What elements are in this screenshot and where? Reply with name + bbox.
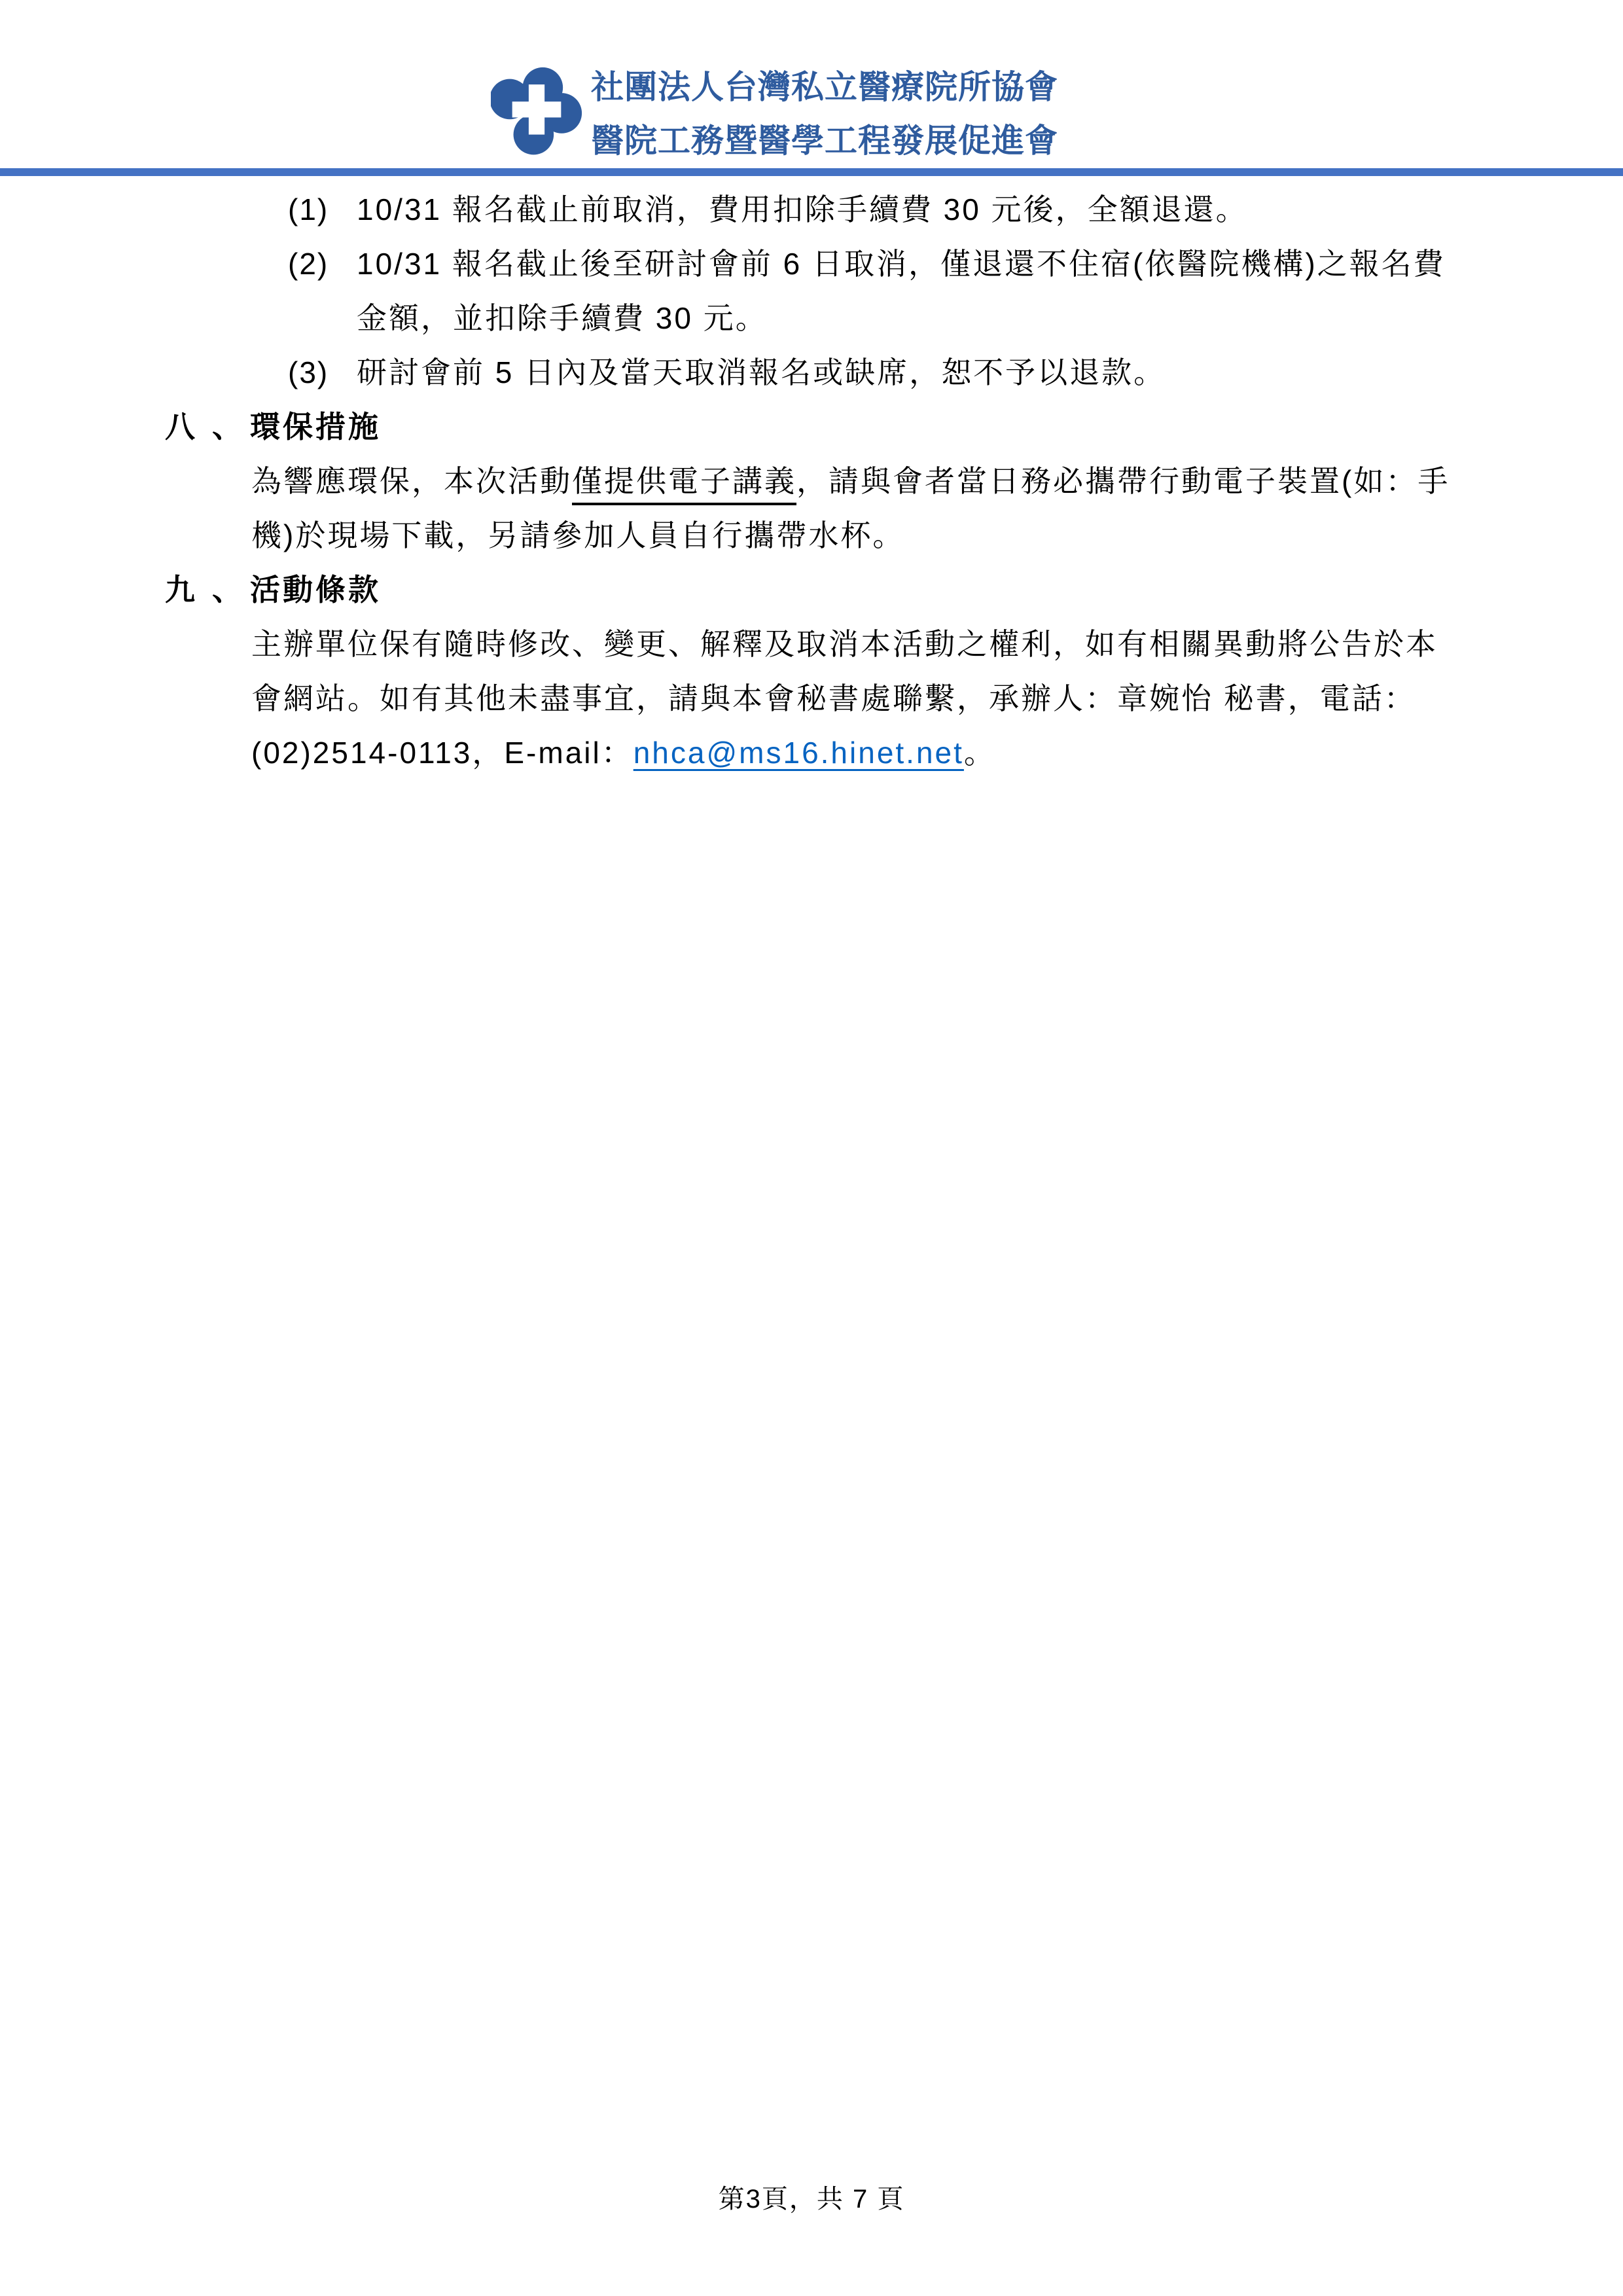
text-segment: (02)2514-0113，E-mail： bbox=[251, 736, 633, 770]
paragraph-line: (02)2514-0113，E-mail：nhca@ms16.hinet.net… bbox=[0, 734, 1623, 774]
list-item: (3) 研討會前 5 日內及當天取消報名或缺席，恕不予以退款。 bbox=[0, 354, 1623, 393]
org-name-line2: 醫院工務暨醫學工程發展促進會 bbox=[591, 114, 1058, 168]
paragraph-text: 主辦單位保有隨時修改、變更、解釋及取消本活動之權利，如有相關異動將公告於本 bbox=[251, 626, 1438, 662]
paragraph-text: 會網站。如有其他未盡事宜，請與本會秘書處聯繫，承辦人：章婉怡 秘書，電話： bbox=[251, 680, 1416, 717]
email-link[interactable]: nhca@ms16.hinet.net bbox=[633, 736, 964, 770]
association-logo-icon bbox=[491, 64, 582, 161]
section-number: 八、 bbox=[165, 408, 259, 445]
list-item-number: (2) bbox=[288, 245, 329, 282]
section-title: 環保措施 bbox=[250, 408, 381, 445]
section-heading-terms: 九、 活動條款 bbox=[0, 571, 1623, 611]
paragraph-line: 會網站。如有其他未盡事宜，請與本會秘書處聯繫，承辦人：章婉怡 秘書，電話： bbox=[0, 680, 1623, 719]
section-title: 活動條款 bbox=[250, 571, 381, 608]
list-item-text: 10/31 報名截止前取消，費用扣除手續費 30 元後，全額退還。 bbox=[357, 191, 1248, 228]
underlined-text: 僅提供電子講義 bbox=[572, 464, 796, 505]
paragraph-text: 機)於現場下載，另請參加人員自行攜帶水杯。 bbox=[251, 517, 904, 554]
org-name: 社團法人台灣私立醫療院所協會 醫院工務暨醫學工程發展促進會 bbox=[591, 60, 1058, 168]
header-divider bbox=[0, 168, 1623, 176]
list-item-continuation: 金額，並扣除手續費 30 元。 bbox=[0, 300, 1623, 339]
list-item: (1) 10/31 報名截止前取消，費用扣除手續費 30 元後，全額退還。 bbox=[0, 191, 1623, 230]
list-item-text: 研討會前 5 日內及當天取消報名或缺席，恕不予以退款。 bbox=[357, 354, 1166, 391]
list-item: (2) 10/31 報名截止後至研討會前 6 日取消，僅退還不住宿(依醫院機構)… bbox=[0, 245, 1623, 285]
list-item-text: 金額，並扣除手續費 30 元。 bbox=[357, 300, 768, 336]
list-item-text: 10/31 報名截止後至研討會前 6 日取消，僅退還不住宿(依醫院機構)之報名費 bbox=[357, 245, 1446, 282]
text-segment: ，請與會者當日務必攜帶行動電子裝置(如：手 bbox=[796, 464, 1450, 498]
list-item-number: (1) bbox=[288, 191, 329, 228]
paragraph-text: 為響應環保，本次活動僅提供電子講義，請與會者當日務必攜帶行動電子裝置(如：手 bbox=[251, 463, 1450, 499]
list-item-number: (3) bbox=[288, 354, 329, 391]
section-number: 九、 bbox=[165, 571, 259, 608]
text-segment: 。 bbox=[964, 736, 996, 770]
paragraph-line: 機)於現場下載，另請參加人員自行攜帶水杯。 bbox=[0, 517, 1623, 556]
paragraph-line: 為響應環保，本次活動僅提供電子講義，請與會者當日務必攜帶行動電子裝置(如：手 bbox=[0, 463, 1623, 502]
page-number-indicator: 第3頁，共 7 頁 bbox=[0, 2178, 1623, 2215]
text-segment: 為響應環保，本次活動 bbox=[251, 464, 572, 498]
section-heading-environment: 八、 環保措施 bbox=[0, 408, 1623, 448]
paragraph-line: 主辦單位保有隨時修改、變更、解釋及取消本活動之權利，如有相關異動將公告於本 bbox=[0, 626, 1623, 665]
paragraph-text: (02)2514-0113，E-mail：nhca@ms16.hinet.net… bbox=[251, 734, 996, 771]
org-name-line1: 社團法人台灣私立醫療院所協會 bbox=[591, 60, 1058, 114]
document-page: 社團法人台灣私立醫療院所協會 醫院工務暨醫學工程發展促進會 (1) 10/31 … bbox=[0, 0, 1623, 2296]
